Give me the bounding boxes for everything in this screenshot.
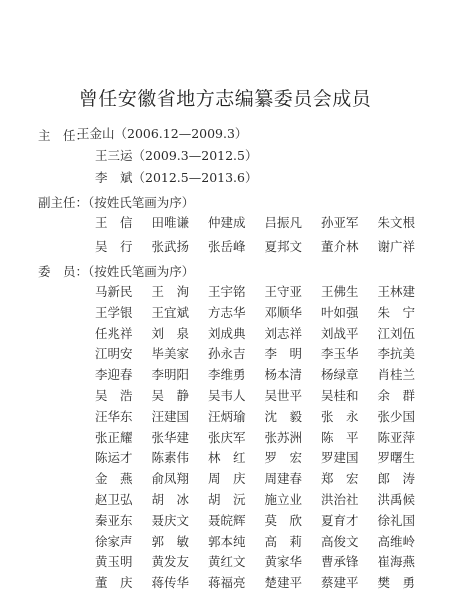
person-name: 林 红 <box>208 450 265 466</box>
person-name: 曹承锋 <box>321 554 378 570</box>
name-row: 吴 浩吴 静吴韦人吴世平吴桂和余 群 <box>95 388 435 404</box>
person-name: 吕振凡 <box>265 215 322 231</box>
person-name: 王佛生 <box>321 284 378 300</box>
person-name: 郎 涛 <box>378 471 435 487</box>
person-name: 俞凤翔 <box>152 471 209 487</box>
person-name: 徐礼国 <box>378 513 435 529</box>
name-row: 王 信田唯谦仲建成吕振凡孙亚军朱文根 <box>95 215 435 231</box>
person-name: 胡 沅 <box>208 492 265 508</box>
person-name: 洪禹候 <box>378 492 435 508</box>
person-name: 张苏洲 <box>265 430 322 446</box>
person-name: 汪华东 <box>95 409 152 425</box>
name-row: 徐家声郭 敏郭本纯高 莉高俊文高维岭 <box>95 534 435 550</box>
person-name: 陈亚萍 <box>378 430 435 446</box>
person-name: 方志华 <box>208 305 265 321</box>
person-name: 陈运才 <box>95 450 152 466</box>
name-row: 秦亚东聂庆文聂皖辉莫 欣夏育才徐礼国 <box>95 513 435 529</box>
person-name: 朱文根 <box>378 215 435 231</box>
name-row: 吴 行张武扬张岳峰夏邦文董介林谢广祥 <box>95 239 435 255</box>
name-row: 任兆祥刘 泉刘成典刘志祥刘战平江刘伍 <box>95 326 435 342</box>
person-name: 郭本纯 <box>208 534 265 550</box>
person-name: 李迎春 <box>95 367 152 383</box>
name-row: 李迎春李明阳李维勇杨本清杨绿章肖桂兰 <box>95 367 435 383</box>
person-name: 夏育才 <box>321 513 378 529</box>
person-name: 罗曙生 <box>378 450 435 466</box>
person-name: 李抗美 <box>378 346 435 362</box>
director-entry: 李 斌（2012.5—2013.6） <box>95 170 257 186</box>
person-name: 黄发友 <box>152 554 209 570</box>
director-entry: 王三运（2009.3—2012.5） <box>95 148 257 164</box>
person-name: 董介林 <box>321 239 378 255</box>
person-name: 仲建成 <box>208 215 265 231</box>
person-name: 王 洵 <box>152 284 209 300</box>
name-row: 马新民王 洵王宇铭王守亚王佛生王林建 <box>95 284 435 300</box>
person-name: 张庆军 <box>208 430 265 446</box>
name-row: 陈运才陈素伟林 红罗 宏罗建国罗曙生 <box>95 450 435 466</box>
page-title: 曾任安徽省地方志编纂委员会成员 <box>0 84 450 111</box>
person-name: 张少国 <box>378 409 435 425</box>
person-name: 李维勇 <box>208 367 265 383</box>
person-name: 崔海燕 <box>378 554 435 570</box>
person-name: 赵卫弘 <box>95 492 152 508</box>
person-name: 王守亚 <box>265 284 322 300</box>
person-name: 高维岭 <box>378 534 435 550</box>
person-name: 董 庆 <box>95 575 152 591</box>
person-name: 洪治社 <box>321 492 378 508</box>
deputy-label: 副主任：（按姓氏笔画为序） <box>38 193 194 211</box>
person-name: 金 燕 <box>95 471 152 487</box>
person-name: 王宜斌 <box>152 305 209 321</box>
person-name: 周 庆 <box>208 471 265 487</box>
person-name: 吴 行 <box>95 239 152 255</box>
name-row: 董 庆蒋传华蒋福亮楚建平蔡建平樊 勇 <box>95 575 435 591</box>
person-name: 江明安 <box>95 346 152 362</box>
person-name: 孙永吉 <box>208 346 265 362</box>
person-name: 王宇铭 <box>208 284 265 300</box>
person-name: 楚建平 <box>265 575 322 591</box>
person-name: 张正耀 <box>95 430 152 446</box>
person-name: 孙亚军 <box>321 215 378 231</box>
person-name: 徐家声 <box>95 534 152 550</box>
person-name: 樊 勇 <box>378 575 435 591</box>
person-name: 任兆祥 <box>95 326 152 342</box>
person-name: 汪建国 <box>152 409 209 425</box>
person-name: 吴 浩 <box>95 388 152 404</box>
person-name: 李明阳 <box>152 367 209 383</box>
person-name: 吴世平 <box>265 388 322 404</box>
person-name: 蒋传华 <box>152 575 209 591</box>
person-name: 王林建 <box>378 284 435 300</box>
person-name: 聂皖辉 <box>208 513 265 529</box>
person-name: 张岳峰 <box>208 239 265 255</box>
person-name: 谢广祥 <box>378 239 435 255</box>
person-name: 邓顺华 <box>265 305 322 321</box>
name-row: 金 燕俞凤翔周 庆周建春郑 宏郎 涛 <box>95 471 435 487</box>
person-name: 张 永 <box>321 409 378 425</box>
person-name: 王 信 <box>95 215 152 231</box>
person-name: 刘成典 <box>208 326 265 342</box>
name-row: 江明安毕美家孙永吉李 明李玉华李抗美 <box>95 346 435 362</box>
person-name: 吴韦人 <box>208 388 265 404</box>
person-name: 江刘伍 <box>378 326 435 342</box>
person-name: 高 莉 <box>265 534 322 550</box>
name-row: 王学银王宜斌方志华邓顺华叶如强朱 宁 <box>95 305 435 321</box>
person-name: 聂庆文 <box>152 513 209 529</box>
person-name: 毕美家 <box>152 346 209 362</box>
person-name: 张华建 <box>152 430 209 446</box>
director-entry: 王金山（2006.12—2009.3） <box>77 126 247 142</box>
person-name: 刘战平 <box>321 326 378 342</box>
members-label: 委 员：（按姓氏笔画为序） <box>38 262 194 280</box>
person-name: 吴 静 <box>152 388 209 404</box>
name-row: 黄玉明黄发友黄红文黄家华曹承锋崔海燕 <box>95 554 435 570</box>
person-name: 蔡建平 <box>321 575 378 591</box>
person-name: 田唯谦 <box>152 215 209 231</box>
person-name: 莫 欣 <box>265 513 322 529</box>
person-name: 周建春 <box>265 471 322 487</box>
person-name: 吴桂和 <box>321 388 378 404</box>
person-name: 郭 敏 <box>152 534 209 550</box>
person-name: 罗 宏 <box>265 450 322 466</box>
person-name: 罗建国 <box>321 450 378 466</box>
person-name: 余 群 <box>378 388 435 404</box>
person-name: 陈素伟 <box>152 450 209 466</box>
person-name: 沈 毅 <box>265 409 322 425</box>
name-row: 赵卫弘胡 冰胡 沅施立业洪治社洪禹候 <box>95 492 435 508</box>
person-name: 高俊文 <box>321 534 378 550</box>
person-name: 刘志祥 <box>265 326 322 342</box>
person-name: 张武扬 <box>152 239 209 255</box>
person-name: 黄红文 <box>208 554 265 570</box>
person-name: 李 明 <box>265 346 322 362</box>
person-name: 秦亚东 <box>95 513 152 529</box>
person-name: 杨绿章 <box>321 367 378 383</box>
person-name: 郑 宏 <box>321 471 378 487</box>
person-name: 杨本清 <box>265 367 322 383</box>
person-name: 施立业 <box>265 492 322 508</box>
name-row: 汪华东汪建国汪炳瑜沈 毅张 永张少国 <box>95 409 435 425</box>
person-name: 陈 平 <box>321 430 378 446</box>
person-name: 胡 冰 <box>152 492 209 508</box>
person-name: 黄玉明 <box>95 554 152 570</box>
person-name: 朱 宁 <box>378 305 435 321</box>
person-name: 李玉华 <box>321 346 378 362</box>
person-name: 叶如强 <box>321 305 378 321</box>
person-name: 刘 泉 <box>152 326 209 342</box>
person-name: 肖桂兰 <box>378 367 435 383</box>
person-name: 马新民 <box>95 284 152 300</box>
name-row: 张正耀张华建张庆军张苏洲陈 平陈亚萍 <box>95 430 435 446</box>
person-name: 黄家华 <box>265 554 322 570</box>
person-name: 汪炳瑜 <box>208 409 265 425</box>
person-name: 夏邦文 <box>265 239 322 255</box>
person-name: 蒋福亮 <box>208 575 265 591</box>
person-name: 王学银 <box>95 305 152 321</box>
